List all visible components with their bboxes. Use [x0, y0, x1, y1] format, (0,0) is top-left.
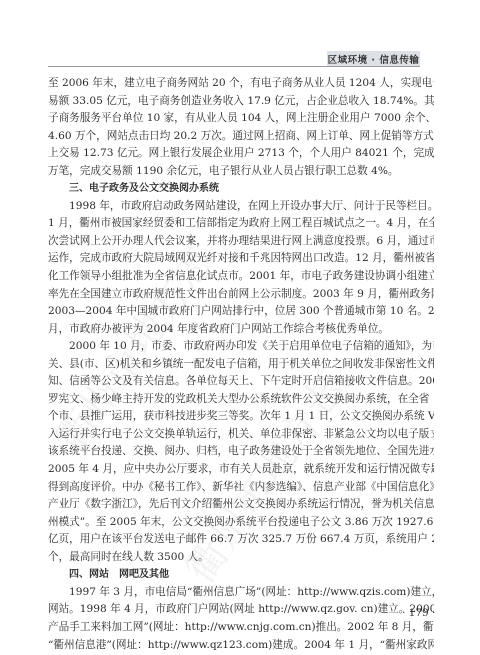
paragraph-line: 4.60 万个，网站点击日均 20.2 万次。通过网上招商、网上订单、网上促销等… [48, 128, 434, 146]
section-heading: 三、电子政务及公文交换阅办系统 [48, 180, 434, 198]
page-number: · 179 · [402, 607, 435, 619]
paragraph-line: 罗宪文、杨少峰主持开发的党政机关大型办公系统软件公文交换阅办系统，在全省 10 … [48, 391, 434, 409]
paragraph-line: 得到高度评价。中办《秘书工作》、新华社《内参选编》、信息产业部《中国信息化》、省… [48, 479, 434, 497]
paragraph-line: 次尝试网上公开办理人代会议案，并将办理结果进行网上满意度投票。6 月，通过市场化 [48, 233, 434, 251]
paragraph-line: 易额 33.05 亿元，电子商务创造业务收入 17.9 亿元，占企业总收入 18… [48, 93, 434, 111]
paragraph-line: 产品手工来料加工网”(网址：http://www.cnjg.com.cn)推出。… [48, 619, 434, 637]
paragraph-line: 产业厅《数字浙江》，先后刊文介绍衢州公文交换阅办系统运行情况，誉为机关信息化“衢 [48, 496, 434, 514]
paragraph-line: 至 2006 年末，建立电子商务网站 20 个，有电子商务从业人员 1204 人… [48, 75, 434, 93]
paragraph-line: 网站。1998 年 4 月，市政府门户网站(网址 http://www.qz.g… [48, 601, 434, 619]
paragraph-line: 1998 年，市政府启动政务网站建设，在网上开设办事大厅、问计于民等栏目。200… [48, 198, 434, 216]
paragraph-line: 该系统平台投递、交换、阅办、归档，电子政务建设处于全省领先地位、全国先进水平。 [48, 443, 434, 461]
paragraph-line: 率先在全国建立市政府规范性文件出台前网上公示制度。2003 年 9 月，衢州政务… [48, 286, 434, 304]
section-heading: 四、网站 网吧及其他 [48, 566, 434, 584]
paragraph-line: 万笔，完成交易额 1190 余亿元，电子银行从业人员占银行职工总数 4%。 [48, 163, 434, 181]
paragraph-line: 2000 年 10 月，市委、市政府两办印发《关于启用单位电子信箱的通知》，为市… [48, 338, 434, 356]
paragraph-line: 州模式”。至 2005 年末，公文交换阅办系统平台投递电子公文 3.86 万次 … [48, 514, 434, 532]
body-text: 至 2006 年末，建立电子商务网站 20 个，有电子商务从业人员 1204 人… [48, 75, 434, 654]
paragraph-line: 1997 年 3 月，市电信局“衢州信息广场”(网址：http://www.qz… [48, 584, 434, 602]
paragraph-line: 个市、县推广运用，获市科技进步奖三等奖。次年 1 月 1 日，公文交换阅办系统 … [48, 408, 434, 426]
paragraph-line: 关、县(市、区)机关和乡镇统一配发电子信箱，用于机关单位之间收发非保密性文件、通 [48, 356, 434, 374]
paragraph-line: 入运行并实行电子公文交换单轨运行，机关、单位非保密、非紧急公文均以电子版文件在 [48, 426, 434, 444]
paragraph-line: 化工作领导小组批准为全省信息化试点市。2001 年，市电子政务建设协调小组建立，… [48, 268, 434, 286]
paragraph-line: 2005 年 4 月，应中央办公厅要求，市有关人员赴京，就系统开发和运行情况做专… [48, 461, 434, 479]
paragraph-line: 亿页，用户在该平台发送电子邮件 66.7 万次 325.7 万份 667.4 万… [48, 531, 434, 549]
paragraph-line: 运作，完成市政府大院局域网双光纤对接和千兆因特网出口改造。12 月，衢州被省信息 [48, 250, 434, 268]
paragraph-line: 个，最高同时在线人数 3500 人。 [48, 549, 434, 567]
section-header-tag: 区域环境 · 信息传输 [327, 51, 420, 66]
paragraph-line: 上交易 12.73 亿元。网上银行发展企业用户 2713 个，个人用户 8402… [48, 145, 434, 163]
paragraph-line: 子商务服务平台单位 10 家，有从业人员 104 人，网上注册企业用户 7000… [48, 110, 434, 128]
header-divider [48, 66, 420, 67]
paragraph-line: 2003—2004 年中国城市政府门户网站排行中，位居 300 个普通城市第 1… [48, 303, 434, 321]
paragraph-line: “衢州信息港”(网址：http://www.qz123.com)建成。2004 … [48, 637, 434, 655]
paragraph-line: 知、信函等公文及有关信息。各单位每天上、下午定时开启信箱接收文件信息。2003 … [48, 373, 434, 391]
paragraph-line: 1 月，衢州市被国家经贸委和工信部指定为政府上网工程百城试点之一。4 月，在全省… [48, 215, 434, 233]
paragraph-line: 月，市政府办被评为 2004 年度省政府门户网站工作综合考核优秀单位。 [48, 321, 434, 339]
